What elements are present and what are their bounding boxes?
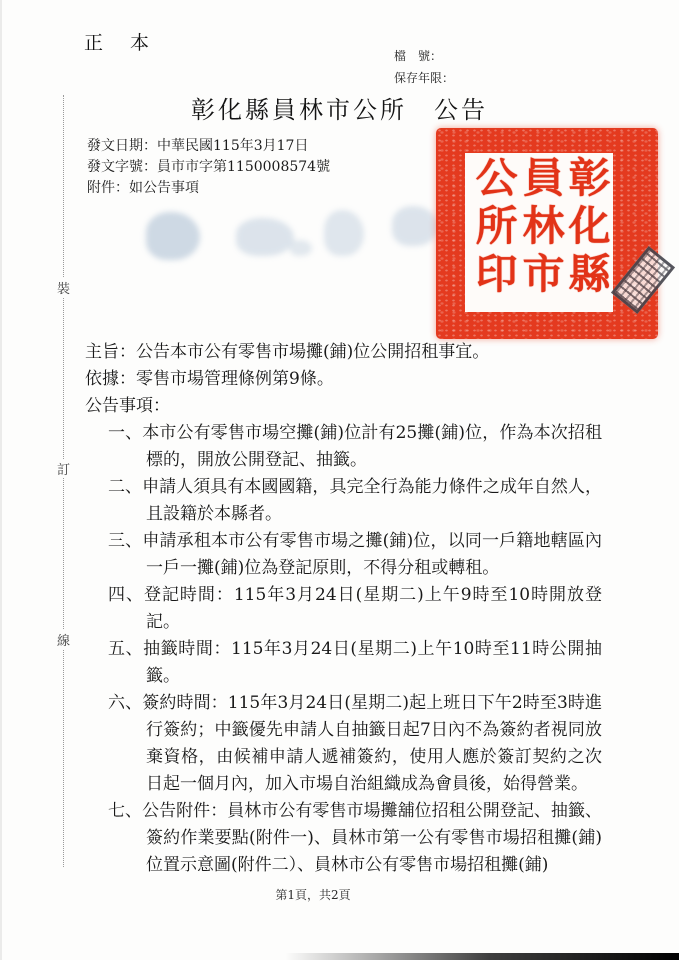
item-text: 簽約時間：115年3月24日(星期二)起上班日下午2時至3時進行簽約；中籤優先申… [142, 693, 602, 794]
legal-basis-line: 依據：零售市場管理條例第9條。 [85, 366, 601, 393]
item-marker: 三、 [108, 531, 142, 551]
seal-column-left: 公所印 [470, 156, 516, 309]
scan-bottom-artifact [0, 953, 679, 960]
retention-period-label: 保存年限： [394, 69, 454, 86]
seal-column-middle: 員林市 [516, 156, 562, 309]
item-text: 公告附件：員林市公有零售市場攤舖位招租公開登記、抽籤、簽約作業要點(附件一)、員… [142, 801, 602, 875]
document-number: 發文字號：員市市字第1150008574號 [87, 157, 330, 178]
item-text: 申請承租本市公有零售市場之攤(鋪)位，以同一戶籍地轄區內一戶一攤(鋪)位為登記原… [142, 531, 602, 578]
item-marker: 一、 [108, 423, 142, 443]
announcement-item-5: 五、抽籤時間：115年3月24日(星期二)上午10時至11時公開抽籤。 [108, 636, 602, 690]
item-marker: 二、 [108, 477, 142, 497]
document-metadata: 發文日期：中華民國115年3月17日 發文字號：員市市字第1150008574號… [87, 136, 330, 199]
file-number-label: 檔 號： [394, 47, 442, 64]
document-title: 彰化縣員林市公所 公告 [0, 90, 679, 125]
page-number: 第1頁，共2頁 [0, 886, 626, 903]
scanned-announcement-page: 正 本 檔 號： 保存年限： 彰化縣員林市公所 公告 發文日期：中華民國115年… [0, 0, 679, 960]
announcement-items: 一、本市公有零售市場空攤(鋪)位計有25攤(鋪)位，作為本次招租標的，開放公開登… [108, 420, 602, 879]
item-marker: 六、 [108, 693, 142, 713]
ink-blob [392, 206, 438, 246]
official-seal-characters: 彰化縣 員林市 公所印 [465, 153, 613, 312]
ink-blob [236, 218, 294, 256]
announcement-item-6: 六、簽約時間：115年3月24日(星期二)起上班日下午2時至3時進行簽約；中籤優… [108, 690, 602, 798]
item-text: 申請人須具有本國國籍，具完全行為能力條件之成年自然人，且設籍於本縣者。 [142, 477, 602, 524]
copy-type-label: 正 本 [84, 28, 153, 55]
item-marker: 七、 [108, 801, 142, 821]
announcement-item-2: 二、申請人須具有本國國籍，具完全行為能力條件之成年自然人，且設籍於本縣者。 [108, 474, 602, 528]
subject-line: 主旨：公告本市公有零售市場攤(鋪)位公開招租事宜。 [85, 339, 601, 366]
seal-column-right: 彰化縣 [563, 156, 609, 309]
ink-blob [146, 212, 200, 260]
ink-blob [290, 240, 312, 256]
ink-blob [324, 210, 364, 256]
item-marker: 五、 [108, 639, 143, 659]
announcement-body: 主旨：公告本市公有零售市場攤(鋪)位公開招租事宜。 依據：零售市場管理條例第9條… [0, 339, 679, 879]
announcement-item-3: 三、申請承租本市公有零售市場之攤(鋪)位，以同一戶籍地轄區內一戶一攤(鋪)位為登… [108, 528, 602, 582]
binding-mark-zhuang: 裝 [55, 278, 72, 297]
official-seal: 彰化縣 員林市 公所印 [436, 128, 658, 339]
item-text: 抽籤時間：115年3月24日(星期二)上午10時至11時公開抽籤。 [143, 639, 602, 686]
faded-ink-stamp [140, 196, 450, 268]
item-text: 登記時間：115年3月24日(星期二)上午9時至10時開放登記。 [144, 585, 602, 632]
item-marker: 四、 [108, 585, 144, 605]
issue-date: 發文日期：中華民國115年3月17日 [87, 136, 330, 157]
items-heading: 公告事項： [85, 393, 601, 420]
announcement-item-1: 一、本市公有零售市場空攤(鋪)位計有25攤(鋪)位，作為本次招租標的，開放公開登… [108, 420, 602, 474]
announcement-item-7: 七、公告附件：員林市公有零售市場攤舖位招租公開登記、抽籤、簽約作業要點(附件一)… [108, 798, 602, 879]
item-text: 本市公有零售市場空攤(鋪)位計有25攤(鋪)位，作為本次招租標的，開放公開登記、… [142, 423, 602, 470]
announcement-item-4: 四、登記時間：115年3月24日(星期二)上午9時至10時開放登記。 [108, 582, 602, 636]
